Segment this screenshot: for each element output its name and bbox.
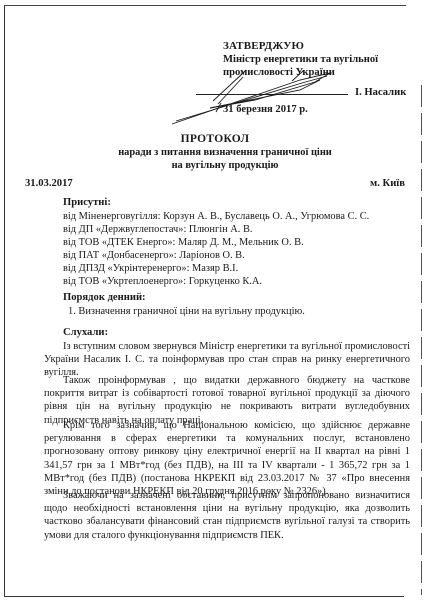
- approval-date: 31 березня 2017 р.: [223, 104, 308, 115]
- page-frame-top: [4, 5, 406, 6]
- attendee-item: від Міненерговугілля: Корзун А. В., Бусл…: [63, 210, 369, 223]
- agenda-item: 1. Визначення граничної ціни на вугільну…: [68, 305, 305, 318]
- meeting-date: 31.03.2017: [25, 178, 73, 189]
- page-frame-left: [4, 5, 5, 597]
- paragraph-text: Із вступним словом звернувся Міністр ене…: [44, 341, 410, 378]
- meeting-city: м. Київ: [370, 178, 405, 189]
- attendees-list: від Міненерговугілля: Корзун А. В., Бусл…: [63, 210, 369, 288]
- approval-heading: ЗАТВЕРДЖУЮ: [223, 40, 378, 53]
- document-title: ПРОТОКОЛ: [0, 133, 430, 145]
- approval-position-line1: Міністр енергетики та вугільної: [223, 53, 378, 66]
- approval-block: ЗАТВЕРДЖУЮ Міністр енергетики та вугільн…: [223, 40, 378, 79]
- attendee-item: від ТОВ «Укртеплоенерго»: Горкуценко К.А…: [63, 275, 369, 288]
- page-frame-bottom: [4, 596, 404, 597]
- heard-paragraph: Зважаючи на зазначені обставини, присутн…: [44, 489, 410, 542]
- attendee-item: від ДПЗД «Укрінтеренерго»: Мазяр В.І.: [63, 262, 369, 275]
- heard-heading: Слухали:: [63, 327, 108, 338]
- attendee-item: від ТОВ «ДТЕК Енерго»: Маляр Д. М., Мель…: [63, 236, 369, 249]
- agenda-heading: Порядок денний:: [63, 292, 146, 303]
- agenda-list: 1. Визначення граничної ціни на вугільну…: [68, 305, 305, 318]
- document-subtitle-line1: наради з питання визначення граничної ці…: [10, 147, 430, 158]
- paragraph-text: Зважаючи на зазначені обставини, присутн…: [44, 490, 410, 541]
- document-subtitle-line2: на вугільну продукцію: [10, 160, 430, 171]
- signature-line: [196, 94, 348, 95]
- signer-name: І. Насалик: [355, 87, 406, 98]
- attendee-item: від ДП «Держвуглепостач»: Плюнгін А. В.: [63, 223, 369, 236]
- attendee-item: від ПАТ «Донбасенерго»: Ларіонов О. В.: [63, 249, 369, 262]
- attendees-heading: Присутні:: [63, 197, 111, 208]
- paragraph-text: Крім того зазначив, що Національною комі…: [44, 420, 410, 497]
- approval-position-line2: промисловості України: [223, 66, 378, 79]
- heard-paragraph: Крім того зазначив, що Національною комі…: [44, 419, 410, 498]
